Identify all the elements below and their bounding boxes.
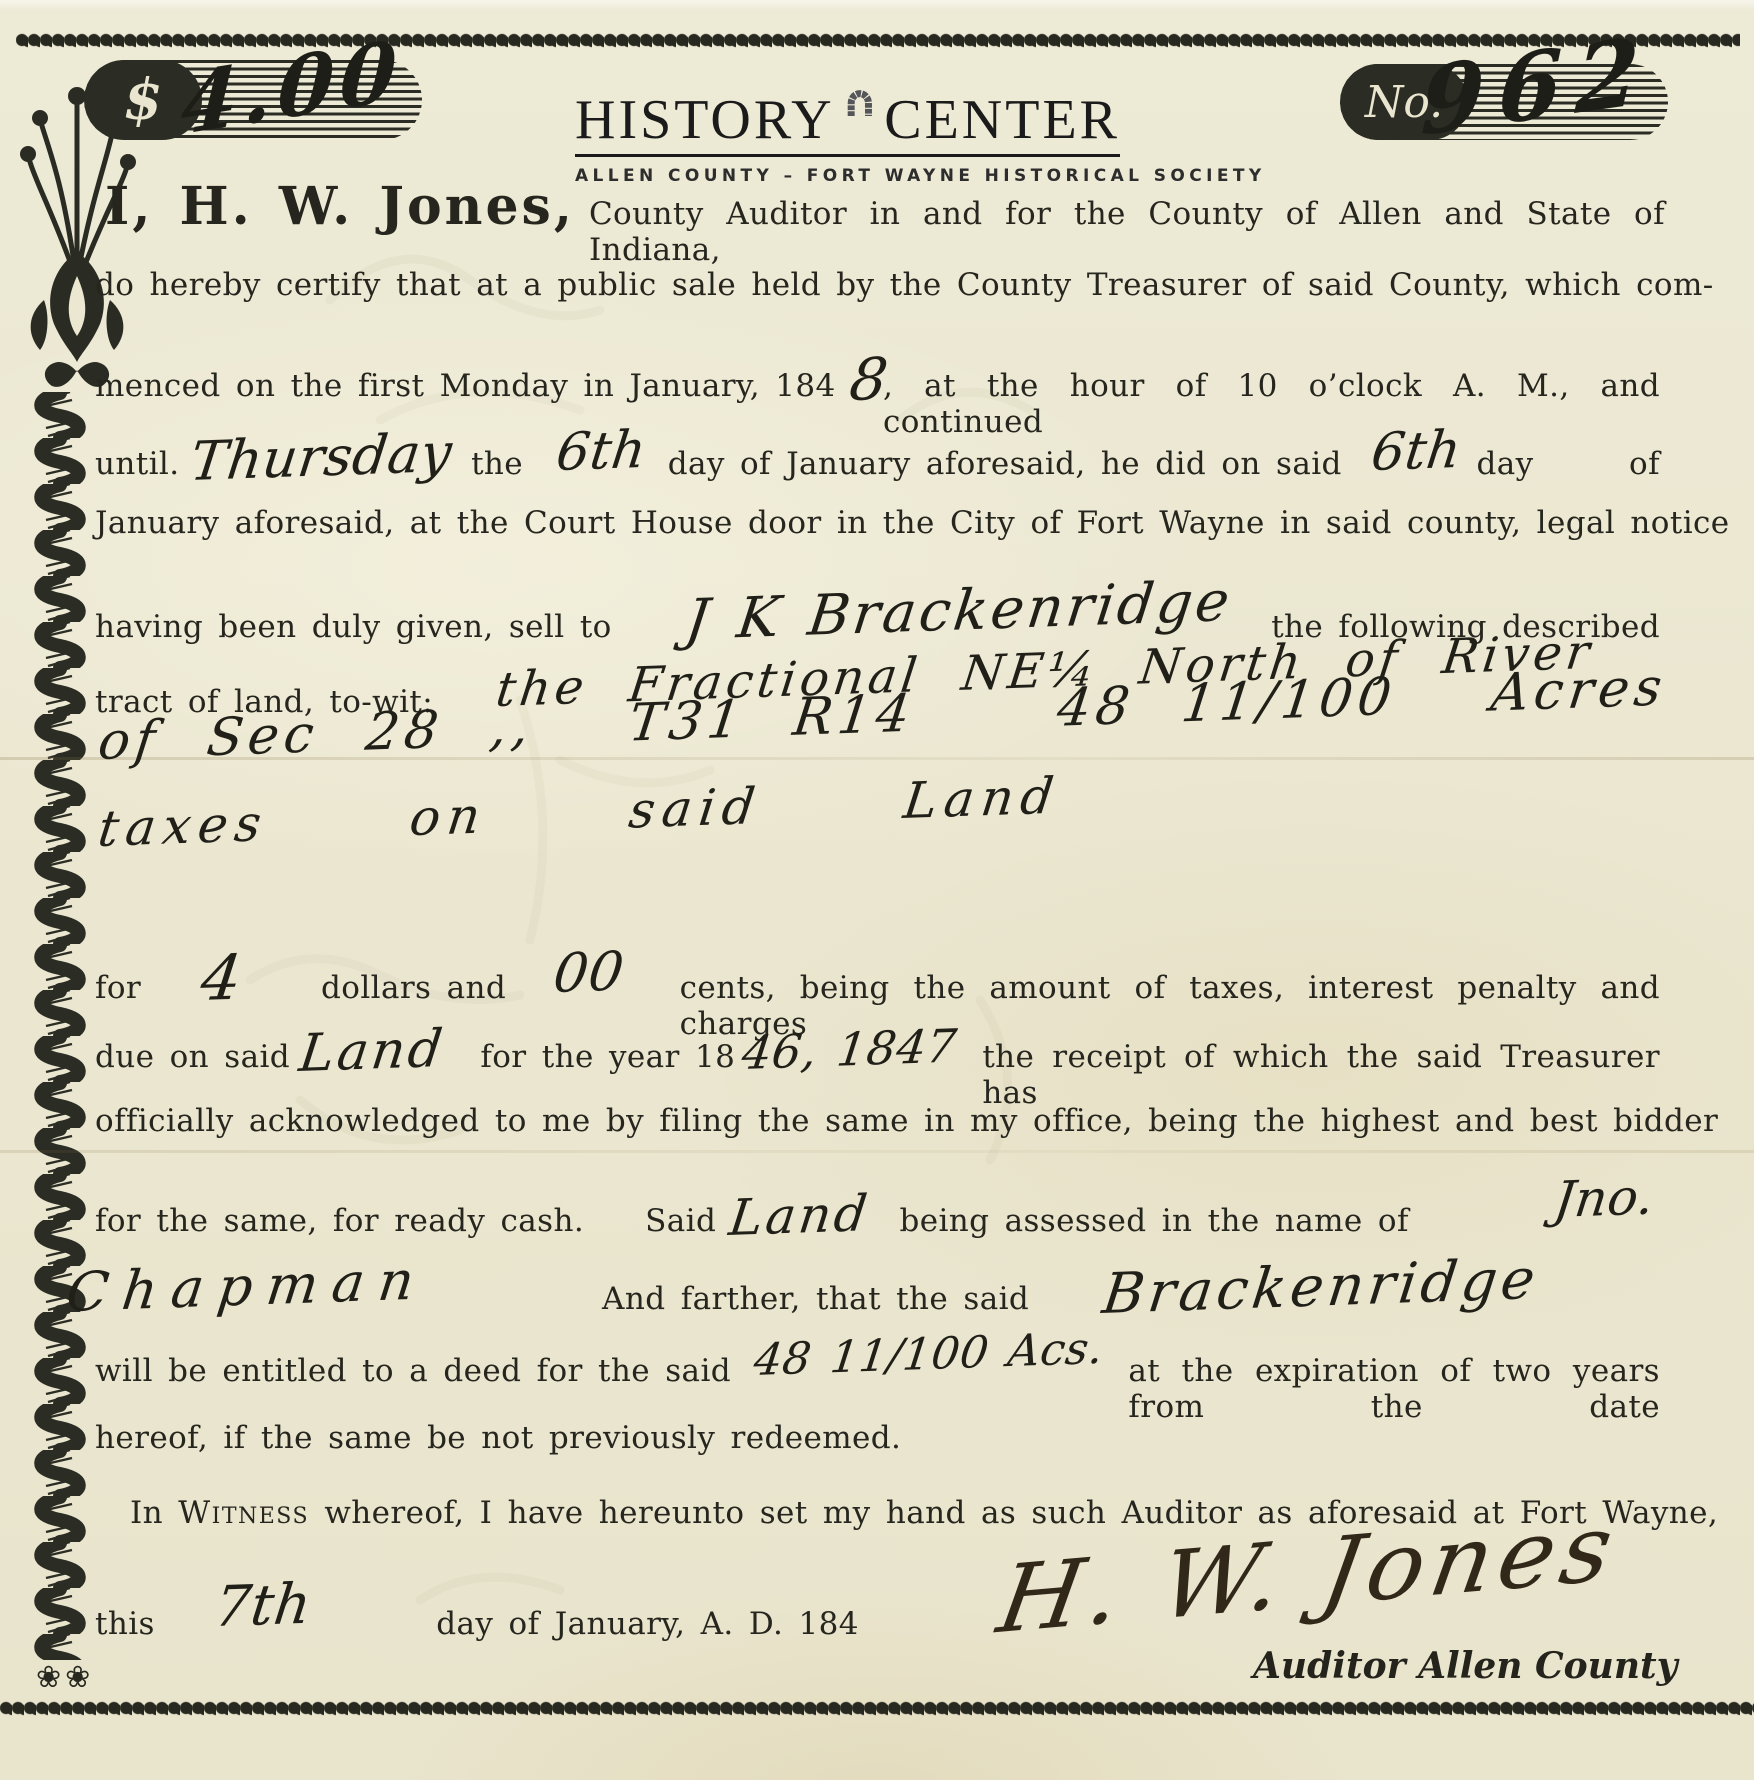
handwritten-cents: 00 [550, 940, 628, 1005]
history-center-logo: HISTORY CENTER ALLEN COUNTY – FORT WAYNE… [575, 56, 1120, 186]
tax-certificate-document: ❀❀ $ 4.00 No. 962 HISTORY CENTER ALLEN C… [0, 0, 1754, 1780]
line16-text: hereof, if the same be not previously re… [95, 1420, 901, 1456]
handwritten-day-number-1: 6th [553, 420, 650, 483]
line4-mid1: the [471, 446, 523, 482]
line11-pre: due on said [95, 1039, 290, 1075]
line4-post: day of [1476, 446, 1660, 482]
line18-post: day of January, A. D. 184 [436, 1606, 859, 1642]
line1-rest: County Auditor in and for the County of … [589, 196, 1665, 268]
handwritten-acres: 48 11/100 Acs. [751, 1323, 1106, 1386]
body-line-2: do hereby certify that at a public sale … [95, 267, 1660, 303]
line13-mid: being assessed in the name of [899, 1203, 1408, 1239]
body-line-12: officially acknowledged to me by filing … [95, 1103, 1660, 1139]
body-line-9-handwritten: taxes on said Land [95, 800, 1660, 858]
line12-text: officially acknowledged to me by filing … [95, 1103, 1660, 1139]
handwritten-this-day: 7th [211, 1572, 315, 1640]
line6-pre: having been duly given, sell to [95, 609, 612, 645]
paper-top-edge [0, 0, 1754, 10]
line13-pre: for the same, for ready cash. Said [95, 1203, 716, 1239]
line18-pre: this [95, 1606, 155, 1642]
handwritten-day-name: Thursday [187, 421, 456, 493]
rope-border-icon [30, 392, 88, 1660]
handwritten-assessed-first: Jno. [1551, 1168, 1658, 1229]
auditor-name-printed: I, H. W. Jones, [105, 176, 575, 237]
body-line-15: will be entitled to a deed for the said … [95, 1341, 1660, 1425]
handwritten-land-2: Land [726, 1184, 873, 1247]
paper-crease [0, 1150, 1754, 1153]
body-line-5: January aforesaid, at the Court House do… [95, 505, 1660, 541]
body-line-4: until. Thursday the 6th day of January a… [95, 424, 1660, 487]
signature-title: Auditor Allen County [1253, 1645, 1678, 1687]
line11-post: the receipt of which the said Treasurer … [982, 1039, 1660, 1111]
handwritten-day-number-2: 6th [1368, 420, 1465, 483]
line5-text: January aforesaid, at the Court House do… [95, 505, 1660, 541]
line3-pre: menced on the first Monday in January, 1… [95, 368, 836, 404]
line4-pre: until. [95, 446, 179, 482]
line4-mid2: day of January aforesaid, he did on said [668, 446, 1342, 482]
logo-rule [575, 154, 1120, 157]
line2-text: do hereby certify that at a public sale … [95, 267, 1660, 303]
body-line-8-handwritten: of Sec 28 ,, T31 R14 48 11/100 Acres for… [95, 712, 1660, 772]
body-line-14: Chapman And farther, that the said Brack… [63, 1258, 1663, 1323]
body-line-intro: I, H. W. Jones, County Auditor in and fo… [105, 176, 1665, 268]
handwritten-years: 46, 1847 [739, 1019, 960, 1080]
quatrefoil-flowers-icon: ❀❀ [36, 1660, 94, 1695]
line14-mid: And farther, that the said [602, 1281, 1029, 1317]
witness-word: Witness [178, 1495, 309, 1531]
logo-word-history: HISTORY [575, 92, 835, 148]
handwritten-dollars: 4 [197, 941, 246, 1015]
line15-pre: will be entitled to a deed for the said [95, 1353, 731, 1389]
handwritten-assessed-last: Chapman [63, 1249, 432, 1324]
handwritten-land-1: Land [296, 1019, 448, 1084]
line10-pre: for [95, 970, 141, 1006]
body-line-11: due on said Land for the year 18 46, 184… [95, 1020, 1660, 1111]
number-stamp-overlay: 962 [1340, 64, 1740, 140]
bottom-border-rule [0, 1701, 1754, 1716]
body-line-13: for the same, for ready cash. Said Land … [95, 1185, 1660, 1243]
line10-mid: dollars and [321, 970, 506, 1006]
witness-in: In [130, 1495, 178, 1531]
logo-word-center: CENTER [884, 92, 1120, 148]
line11-mid: for the year 18 [480, 1039, 735, 1075]
handwritten-buyer-name-2: Brackenridge [1099, 1247, 1542, 1327]
line15-post: at the expiration of two years from the … [1128, 1353, 1660, 1425]
body-line-16: hereof, if the same be not previously re… [95, 1420, 1660, 1456]
amount-stamp-overlay: 4.00 [84, 60, 422, 140]
arch-icon [847, 56, 873, 148]
handwritten-tract-line3: taxes on said Land [95, 767, 1064, 858]
